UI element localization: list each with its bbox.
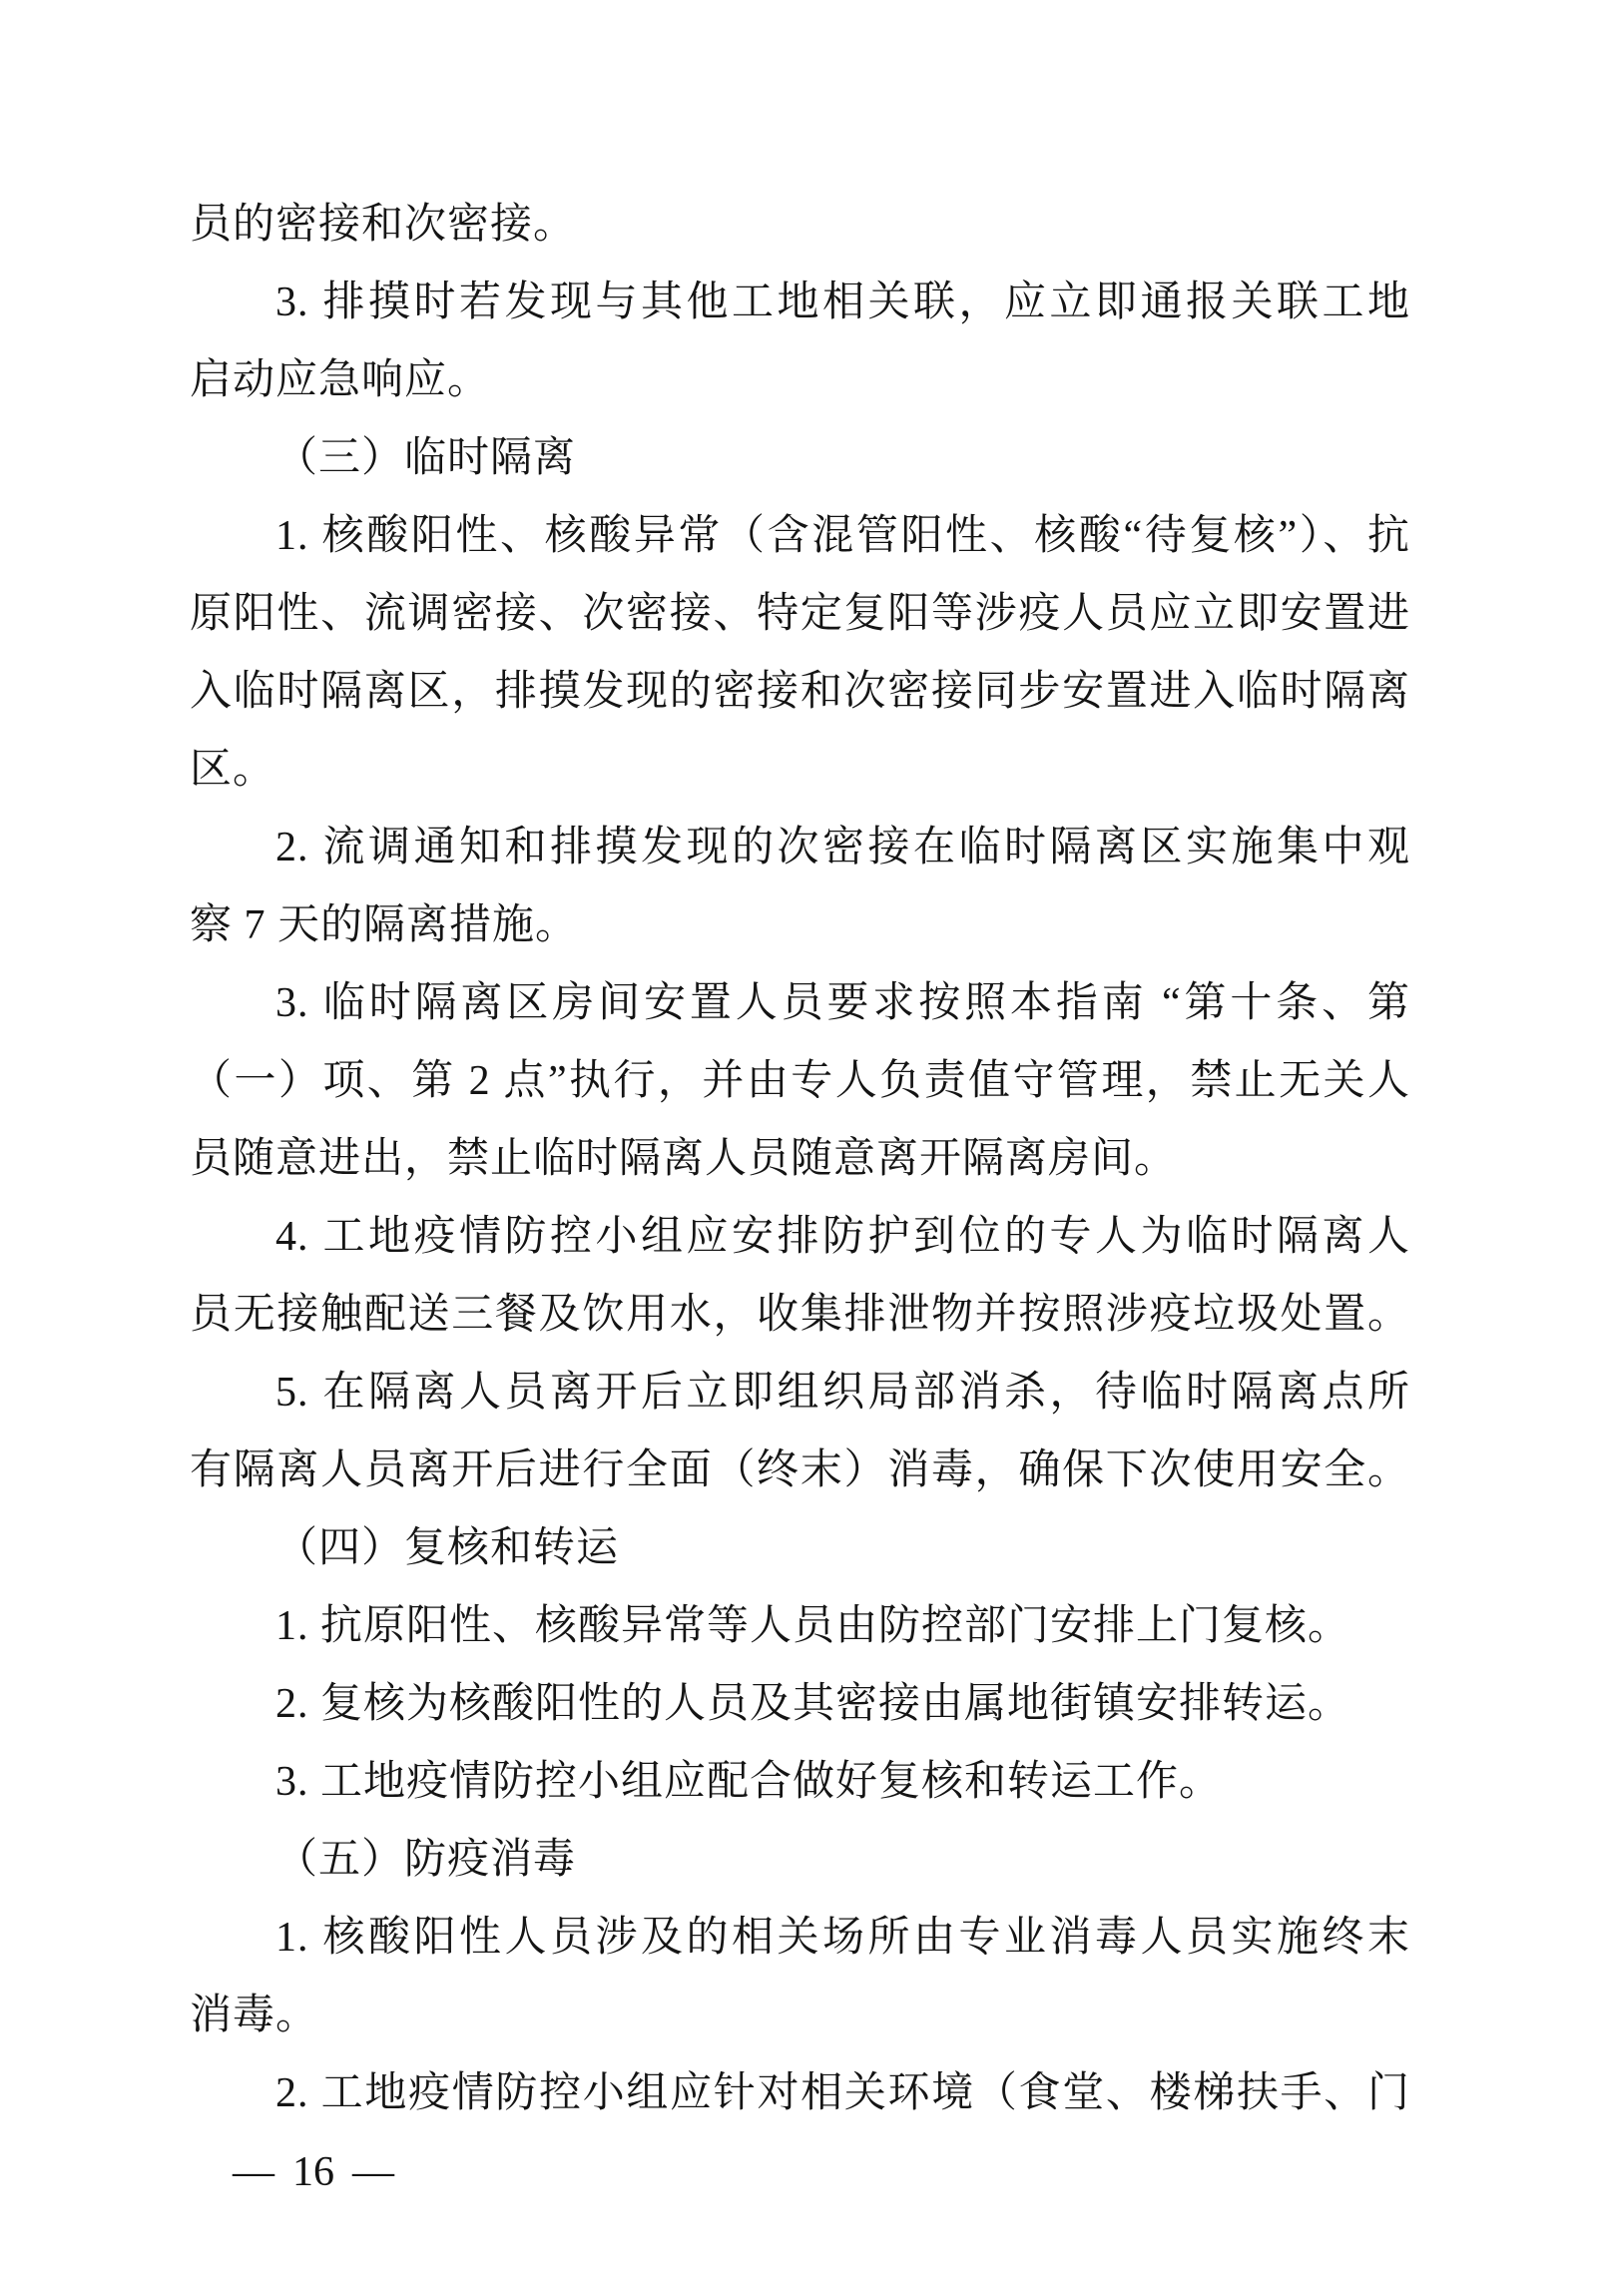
text-line: 入临时隔离区，排摸发现的密接和次密接同步安置进入临时隔离 [190,653,1410,731]
section-heading: （三）临时隔离 [190,419,1410,497]
text-line: 2. 复核为核酸阳性的人员及其密接由属地街镇安排转运。 [190,1665,1410,1743]
text-line: 员的密接和次密接。 [190,186,1410,264]
text-line: 2. 工地疫情防控小组应针对相关环境（食堂、楼梯扶手、门 [190,2054,1410,2132]
document-page: 员的密接和次密接。 3. 排摸时若发现与其他工地相关联，应立即通报关联工地 启动… [0,0,1597,2296]
text-line: 1. 核酸阳性人员涉及的相关场所由专业消毒人员实施终末 [190,1899,1410,1977]
page-body: 员的密接和次密接。 3. 排摸时若发现与其他工地相关联，应立即通报关联工地 启动… [190,186,1410,2132]
text-line: 原阳性、流调密接、次密接、特定复阳等涉疫人员应立即安置进 [190,575,1410,653]
text-line: 3. 工地疫情防控小组应配合做好复核和转运工作。 [190,1743,1410,1821]
section-heading: （五）防疫消毒 [190,1821,1410,1899]
text-line: 5. 在隔离人员离开后立即组织局部消杀，待临时隔离点所 [190,1354,1410,1432]
text-line: 有隔离人员离开后进行全面（终末）消毒，确保下次使用安全。 [190,1432,1410,1509]
text-line: 1. 抗原阳性、核酸异常等人员由防控部门安排上门复核。 [190,1587,1410,1665]
text-line: 区。 [190,731,1410,809]
text-line: 员无接触配送三餐及饮用水，收集排泄物并按照涉疫垃圾处置。 [190,1276,1410,1354]
text-line: 消毒。 [190,1977,1410,2054]
section-heading: （四）复核和转运 [190,1509,1410,1587]
footer-dash-left: — [233,2149,274,2195]
text-line: 察 7 天的隔离措施。 [190,886,1410,964]
text-line: 3. 排摸时若发现与其他工地相关联，应立即通报关联工地 [190,264,1410,341]
text-line: 3. 临时隔离区房间安置人员要求按照本指南 “第十条、第 [190,964,1410,1042]
text-line: 员随意进出，禁止临时隔离人员随意离开隔离房间。 [190,1120,1410,1198]
text-line: 1. 核酸阳性、核酸异常（含混管阳性、核酸“待复核”）、抗 [190,497,1410,575]
page-number: 16 [292,2149,334,2195]
text-line: 4. 工地疫情防控小组应安排防护到位的专人为临时隔离人 [190,1198,1410,1276]
footer-dash-right: — [352,2149,394,2195]
page-footer: —16— [233,2142,394,2202]
text-line: 2. 流调通知和排摸发现的次密接在临时隔离区实施集中观 [190,809,1410,886]
text-line: （一）项、第 2 点”执行，并由专人负责值守管理，禁止无关人 [190,1042,1410,1120]
text-line: 启动应急响应。 [190,341,1410,419]
